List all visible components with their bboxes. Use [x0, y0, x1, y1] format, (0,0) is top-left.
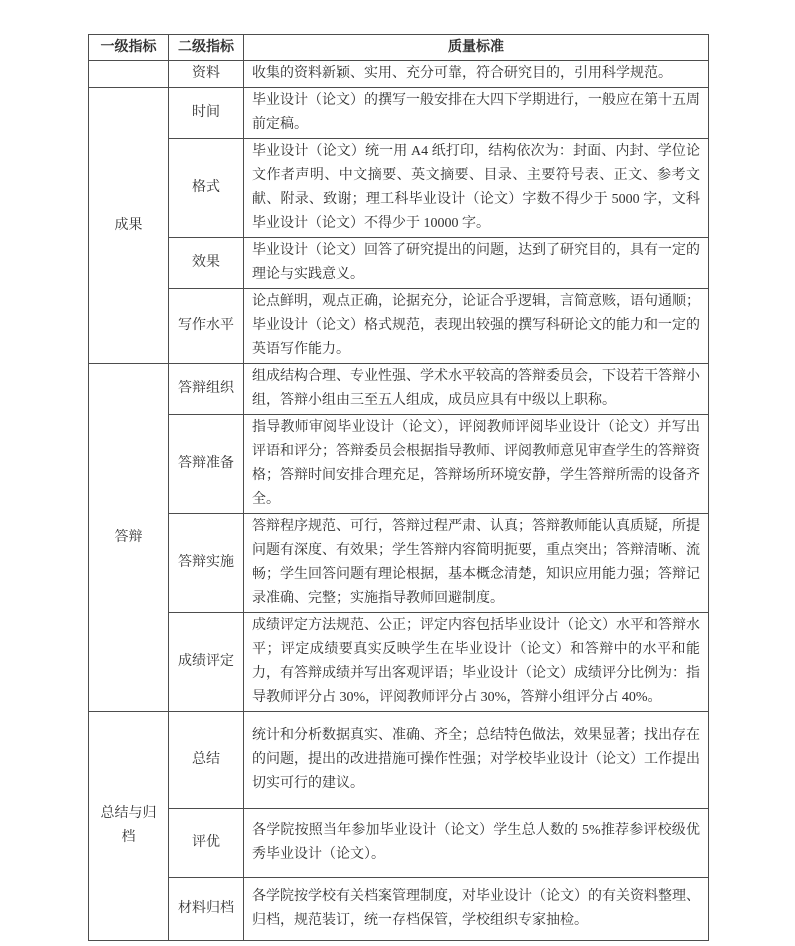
standard-cell: 指导教师审阅毕业设计（论文），评阅教师评阅毕业设计（论文）并写出评语和评分；答辩…: [244, 415, 709, 514]
level2-cell: 评优: [169, 809, 244, 878]
standard-cell: 各学院按学校有关档案管理制度，对毕业设计（论文）的有关资料整理、归档，规范装订，…: [244, 878, 709, 941]
document-page: { "colors": { "page_background": "#fffff…: [0, 0, 795, 946]
level2-cell: 材料归档: [169, 878, 244, 941]
level1-cell-blank: [89, 61, 169, 88]
table-row: 格式 毕业设计（论文）统一用 A4 纸打印，结构依次为：封面、内封、学位论文作者…: [89, 139, 709, 238]
table-row: 效果 毕业设计（论文）回答了研究提出的问题，达到了研究目的，具有一定的理论与实践…: [89, 238, 709, 289]
standard-cell: 毕业设计（论文）统一用 A4 纸打印，结构依次为：封面、内封、学位论文作者声明、…: [244, 139, 709, 238]
header-level1-indicator: 一级指标: [89, 35, 169, 61]
level2-cell: 答辩准备: [169, 415, 244, 514]
standard-cell: 收集的资料新颖、实用、充分可靠，符合研究目的，引用科学规范。: [244, 61, 709, 88]
table-row: 答辩 答辩组织 组成结构合理、专业性强、学术水平较高的答辩委员会，下设若干答辩小…: [89, 364, 709, 415]
header-level2-indicator: 二级指标: [169, 35, 244, 61]
level2-cell: 写作水平: [169, 289, 244, 364]
table-row: 资料 收集的资料新颖、实用、充分可靠，符合研究目的，引用科学规范。: [89, 61, 709, 88]
table-row: 评优 各学院按照当年参加毕业设计（论文）学生总人数的 5%推荐参评校级优秀毕业设…: [89, 809, 709, 878]
level2-cell: 总结: [169, 712, 244, 809]
table-row: 写作水平 论点鲜明，观点正确，论据充分，论证合乎逻辑，言简意赅，语句通顺；毕业设…: [89, 289, 709, 364]
level2-cell: 效果: [169, 238, 244, 289]
level1-cell-zongjie-guidang: 总结与归档: [89, 712, 169, 941]
level2-cell: 资料: [169, 61, 244, 88]
level2-cell: 答辩组织: [169, 364, 244, 415]
level2-cell: 答辩实施: [169, 514, 244, 613]
standard-cell: 答辩程序规范、可行，答辩过程严肃、认真；答辩教师能认真质疑，所提问题有深度、有效…: [244, 514, 709, 613]
level2-cell: 时间: [169, 88, 244, 139]
standard-cell: 毕业设计（论文）的撰写一般安排在大四下学期进行，一般应在第十五周前定稿。: [244, 88, 709, 139]
standard-cell: 论点鲜明，观点正确，论据充分，论证合乎逻辑，言简意赅，语句通顺；毕业设计（论文）…: [244, 289, 709, 364]
header-quality-standard: 质量标准: [244, 35, 709, 61]
level2-cell: 格式: [169, 139, 244, 238]
table-row: 总结与归档 总结 统计和分析数据真实、准确、齐全；总结特色做法，效果显著；找出存…: [89, 712, 709, 809]
quality-standards-table: 一级指标 二级指标 质量标准 资料 收集的资料新颖、实用、充分可靠，符合研究目的…: [88, 34, 709, 941]
standard-cell: 成绩评定方法规范、公正；评定内容包括毕业设计（论文）水平和答辩水平；评定成绩要真…: [244, 613, 709, 712]
table-row: 材料归档 各学院按学校有关档案管理制度，对毕业设计（论文）的有关资料整理、归档，…: [89, 878, 709, 941]
table-row: 成果 时间 毕业设计（论文）的撰写一般安排在大四下学期进行，一般应在第十五周前定…: [89, 88, 709, 139]
standard-cell: 各学院按照当年参加毕业设计（论文）学生总人数的 5%推荐参评校级优秀毕业设计（论…: [244, 809, 709, 878]
level1-cell-dabian: 答辩: [89, 364, 169, 712]
table-row: 答辩准备 指导教师审阅毕业设计（论文），评阅教师评阅毕业设计（论文）并写出评语和…: [89, 415, 709, 514]
table-header-row: 一级指标 二级指标 质量标准: [89, 35, 709, 61]
table-row: 成绩评定 成绩评定方法规范、公正；评定内容包括毕业设计（论文）水平和答辩水平；评…: [89, 613, 709, 712]
level1-cell-chengguo: 成果: [89, 88, 169, 364]
standard-cell: 毕业设计（论文）回答了研究提出的问题，达到了研究目的，具有一定的理论与实践意义。: [244, 238, 709, 289]
standard-cell: 统计和分析数据真实、准确、齐全；总结特色做法，效果显著；找出存在的问题，提出的改…: [244, 712, 709, 809]
table-row: 答辩实施 答辩程序规范、可行，答辩过程严肃、认真；答辩教师能认真质疑，所提问题有…: [89, 514, 709, 613]
level2-cell: 成绩评定: [169, 613, 244, 712]
standard-cell: 组成结构合理、专业性强、学术水平较高的答辩委员会，下设若干答辩小组，答辩小组由三…: [244, 364, 709, 415]
